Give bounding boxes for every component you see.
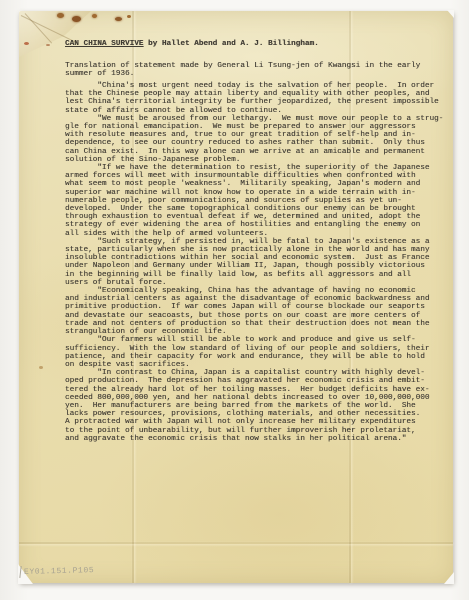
fold-crease-horizontal xyxy=(19,542,453,544)
red-mark xyxy=(24,42,29,45)
typed-line: "In contrast to China, Japan is a capita… xyxy=(65,369,443,377)
typed-line: strangulation of our economic life. xyxy=(65,328,443,336)
typed-line: gle for national emancipation. We must b… xyxy=(65,123,443,131)
paragraph: "If we have the determination to resist,… xyxy=(65,164,443,238)
typed-line: under Napoleon and Germany under William… xyxy=(65,262,443,270)
foxing-spot xyxy=(39,366,43,369)
typed-line: oped production. The depression has aggr… xyxy=(65,377,443,385)
typed-line: ceeded 800,000,000 yen, and her national… xyxy=(65,394,443,402)
typed-line: to the point of unbearability, but will … xyxy=(65,427,443,435)
typed-line: users of brutal force. xyxy=(65,279,443,287)
typed-line: strategy of ever widening the area of ho… xyxy=(65,221,443,229)
rust-stain xyxy=(57,13,64,18)
rust-stain xyxy=(115,17,122,21)
paper: CAN CHINA SURVIVE by Hallet Abend and A.… xyxy=(19,11,453,583)
typed-line: A protracted war with Japan will not onl… xyxy=(65,418,443,426)
rust-stain xyxy=(127,15,131,18)
typed-line: "China's most urgent need today is the s… xyxy=(65,82,443,90)
rust-stain xyxy=(92,14,97,18)
red-mark xyxy=(46,44,50,46)
typed-line: in the beginning will be finally laid lo… xyxy=(65,271,443,279)
typed-line: "Our farmers will still be able to work … xyxy=(65,336,443,344)
paragraph: "Economically speaking, China has the ad… xyxy=(65,287,443,336)
pencil-annotation: EY01.151.P105 xyxy=(24,566,94,577)
typed-line: "Such strategy, if persisted in, will be… xyxy=(65,238,443,246)
typed-line: developed. Under the same topographical … xyxy=(65,205,443,213)
typed-line: tered the already hard lot of her toilin… xyxy=(65,386,443,394)
typed-line: "Economically speaking, China has the ad… xyxy=(65,287,443,295)
typed-line: lacks power resources, provisions, cloth… xyxy=(65,410,443,418)
paragraph: "In contrast to China, Japan is a capita… xyxy=(65,369,443,443)
paragraph: "We must be aroused from our lethargy. W… xyxy=(65,115,443,164)
typed-line: that the Chinese people may attain liber… xyxy=(65,90,443,98)
typed-line: can China exist. In this way alone can w… xyxy=(65,148,443,156)
typed-line: on despite vast sacrifices. xyxy=(65,361,443,369)
typed-line: lest China's territorial integrity be fu… xyxy=(65,98,443,106)
paragraphs: "China's most urgent need today is the s… xyxy=(65,82,443,443)
typed-line: dependence, to see our country reduced t… xyxy=(65,139,443,147)
document-title-line: CAN CHINA SURVIVE by Hallet Abend and A.… xyxy=(65,40,319,48)
typed-line: with resolute measures and, true to our … xyxy=(65,131,443,139)
typed-line: solution of the Sino-Japanese problem. xyxy=(65,156,443,164)
paragraph: "Such strategy, if persisted in, will be… xyxy=(65,238,443,287)
typed-line: trade and not centers of production so t… xyxy=(65,320,443,328)
title-text: CAN CHINA SURVIVE xyxy=(65,40,143,48)
typed-line: and devastate our seacoasts, but those p… xyxy=(65,312,443,320)
dog-ear-bottom-right xyxy=(444,572,454,584)
scanned-page: CAN CHINA SURVIVE by Hallet Abend and A.… xyxy=(0,0,469,600)
paragraph: "China's most urgent need today is the s… xyxy=(65,82,443,115)
typed-line: yen. Her manufacturers are being barred … xyxy=(65,402,443,410)
subtitle-line: summer of 1936. xyxy=(65,70,420,78)
dog-ear-top-right xyxy=(447,10,454,18)
typed-line: numerable people, poor communications, a… xyxy=(65,197,443,205)
typed-line: patience, and their capacity for work an… xyxy=(65,353,443,361)
typed-line: superior war machine will not know how t… xyxy=(65,189,443,197)
typed-line: armed forces will meet with insurmountab… xyxy=(65,172,443,180)
typed-line: all sides with the help of armed volunte… xyxy=(65,230,443,238)
typed-line: state, particularly when she is now prac… xyxy=(65,246,443,254)
rust-stain xyxy=(72,16,81,22)
typed-line: "We must be aroused from our lethargy. W… xyxy=(65,115,443,123)
byline-text: by Hallet Abend and A. J. Billingham. xyxy=(143,40,318,48)
typed-line: and aggravate the economic crisis that n… xyxy=(65,435,443,443)
typed-line: what seem to most people 'weakness'. Mil… xyxy=(65,180,443,188)
paragraph: "Our farmers will still be able to work … xyxy=(65,336,443,369)
typed-line: insoluble contradictions within her soci… xyxy=(65,254,443,262)
typed-line: primitive production. If war comes Japan… xyxy=(65,303,443,311)
subtitle: Translation of statement made by General… xyxy=(65,62,420,78)
typed-line: state of affairs cannot be allowed to co… xyxy=(65,107,443,115)
typed-line: sufficiency. With the low standard of li… xyxy=(65,345,443,353)
typed-line: through exhaustion to eventual defeat if… xyxy=(65,213,443,221)
subtitle-line: Translation of statement made by General… xyxy=(65,62,420,70)
typed-line: "If we have the determination to resist,… xyxy=(65,164,443,172)
typed-line: and industrial centers as against the di… xyxy=(65,295,443,303)
